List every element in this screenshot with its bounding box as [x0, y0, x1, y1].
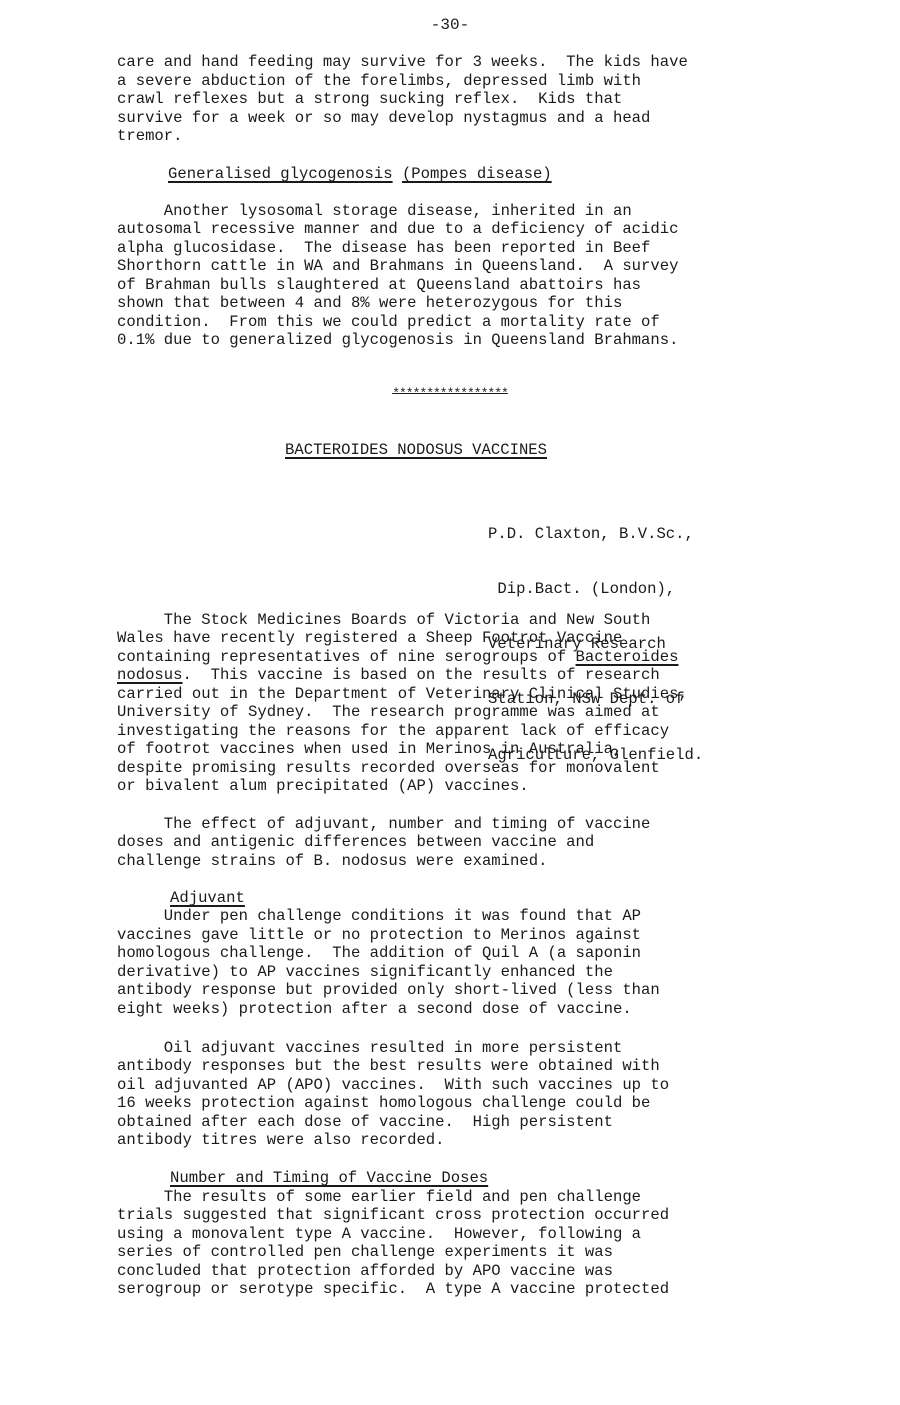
text-line: University of Sydney. The research progr… — [117, 703, 660, 721]
text-line: investigating the reasons for the appare… — [117, 722, 669, 740]
text-line: of Brahman bulls slaughtered at Queensla… — [117, 276, 641, 294]
species-name: Bacteroides — [576, 648, 679, 666]
text-line: condition. From this we could predict a … — [117, 313, 660, 331]
article-title: BACTEROIDES NODOSUS VACCINES — [285, 441, 547, 459]
text-line: The effect of adjuvant, number and timin… — [117, 815, 650, 833]
text-line: care and hand feeding may survive for 3 … — [117, 53, 688, 71]
text-line: using a monovalent type A vaccine. Howev… — [117, 1225, 641, 1243]
text-line: containing representatives of nine serog… — [117, 648, 678, 666]
text-line: or bivalent alum precipitated (AP) vacci… — [117, 777, 529, 795]
text-line: serogroup or serotype specific. A type A… — [117, 1280, 669, 1298]
text-line: alpha glucosidase. The disease has been … — [117, 239, 650, 257]
text-line: homologous challenge. The addition of Qu… — [117, 944, 641, 962]
author-line: P.D. Claxton, B.V.Sc., — [488, 525, 703, 543]
subheading-doses: Number and Timing of Vaccine Doses — [170, 1169, 488, 1187]
text-line: crawl reflexes but a strong sucking refl… — [117, 90, 622, 108]
section-separator: ***************** — [0, 386, 900, 401]
text-line: The results of some earlier field and pe… — [117, 1188, 641, 1206]
text-line: a severe abduction of the forelimbs, dep… — [117, 72, 641, 90]
text-line: concluded that protection afforded by AP… — [117, 1262, 613, 1280]
text-line: Shorthorn cattle in WA and Brahmans in Q… — [117, 257, 678, 275]
text-line: Oil adjuvant vaccines resulted in more p… — [117, 1039, 622, 1057]
text-line: despite promising results recorded overs… — [117, 759, 660, 777]
text-line: survive for a week or so may develop nys… — [117, 109, 650, 127]
text-line: 0.1% due to generalized glycogenosis in … — [117, 331, 678, 349]
text-line: antibody titres were also recorded. — [117, 1131, 445, 1149]
text-line: antibody responses but the best results … — [117, 1057, 660, 1075]
text-line: vaccines gave little or no protection to… — [117, 926, 641, 944]
author-line: Dip.Bact. (London), — [488, 580, 703, 598]
text-line: Under pen challenge conditions it was fo… — [117, 907, 641, 925]
text-line: Wales have recently registered a Sheep F… — [117, 629, 622, 647]
text-line: tremor. — [117, 127, 183, 145]
text-line: series of controlled pen challenge exper… — [117, 1243, 613, 1261]
subheading-adjuvant: Adjuvant — [170, 889, 245, 907]
text-line: obtained after each dose of vaccine. Hig… — [117, 1113, 613, 1131]
text-line: of footrot vaccines when used in Merinos… — [117, 740, 622, 758]
text-line: doses and antigenic differences between … — [117, 833, 594, 851]
text-line: carried out in the Department of Veterin… — [117, 685, 688, 703]
species-name: nodosus — [117, 666, 183, 684]
text-line: Another lysosomal storage disease, inher… — [117, 202, 632, 220]
text-line: shown that between 4 and 8% were heteroz… — [117, 294, 622, 312]
section-heading-pompes: Generalised glycogenosis (Pompes disease… — [168, 165, 552, 183]
text-line: challenge strains of B. nodosus were exa… — [117, 852, 547, 870]
text-line: trials suggested that significant cross … — [117, 1206, 669, 1224]
text-line: The Stock Medicines Boards of Victoria a… — [117, 611, 650, 629]
page-number: -30- — [0, 16, 900, 34]
text-line: autosomal recessive manner and due to a … — [117, 220, 678, 238]
text-line: derivative) to AP vaccines significantly… — [117, 963, 613, 981]
text-line: nodosus. This vaccine is based on the re… — [117, 666, 660, 684]
text-line: 16 weeks protection against homologous c… — [117, 1094, 650, 1112]
text-line: eight weeks) protection after a second d… — [117, 1000, 632, 1018]
text-line: oil adjuvanted AP (APO) vaccines. With s… — [117, 1076, 669, 1094]
text-line: antibody response but provided only shor… — [117, 981, 660, 999]
